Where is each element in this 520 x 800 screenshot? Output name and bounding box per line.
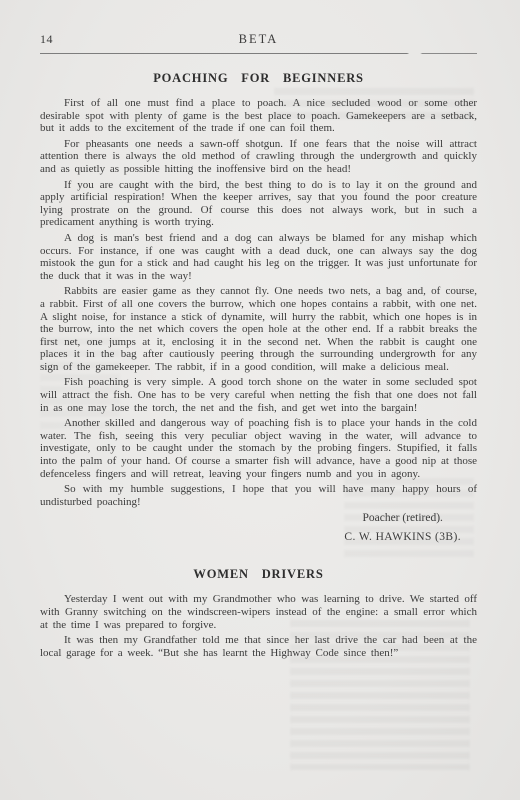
article-title: WOMEN DRIVERS bbox=[40, 567, 477, 582]
paragraph: First of all one must find a place to po… bbox=[40, 97, 477, 135]
paragraph: Yesterday I went out with my Grandmother… bbox=[40, 593, 477, 631]
paragraph: So with my humble suggestions, I hope th… bbox=[40, 483, 477, 508]
paragraph: For pheasants one needs a sawn-off shotg… bbox=[40, 138, 477, 176]
signature-block: Poacher (retired). C. W. HAWKINS (3B). bbox=[344, 512, 461, 543]
signature-name: C. W. HAWKINS (3B). bbox=[344, 531, 461, 543]
article-title: POACHING FOR BEGINNERS bbox=[40, 71, 477, 86]
article-poaching-for-beginners: POACHING FOR BEGINNERS First of all one … bbox=[40, 71, 477, 543]
page-header: 14 BETA bbox=[40, 32, 477, 49]
article-women-drivers: WOMEN DRIVERS Yesterday I went out with … bbox=[40, 567, 477, 659]
paragraph: If you are caught with the bird, the bes… bbox=[40, 179, 477, 229]
scanned-magazine-page: 14 BETA POACHING FOR BEGINNERS First of … bbox=[0, 0, 520, 800]
magazine-title: BETA bbox=[40, 32, 477, 47]
paragraph: It was then my Grandfather told me that … bbox=[40, 634, 477, 659]
header-rule bbox=[40, 53, 477, 54]
paragraph: Rabbits are easier game as they cannot f… bbox=[40, 285, 477, 373]
paragraph: Another skilled and dangerous way of poa… bbox=[40, 417, 477, 480]
paragraph: A dog is man's best friend and a dog can… bbox=[40, 232, 477, 282]
paragraph: Fish poaching is very simple. A good tor… bbox=[40, 376, 477, 414]
signature-role: Poacher (retired). bbox=[344, 512, 461, 524]
